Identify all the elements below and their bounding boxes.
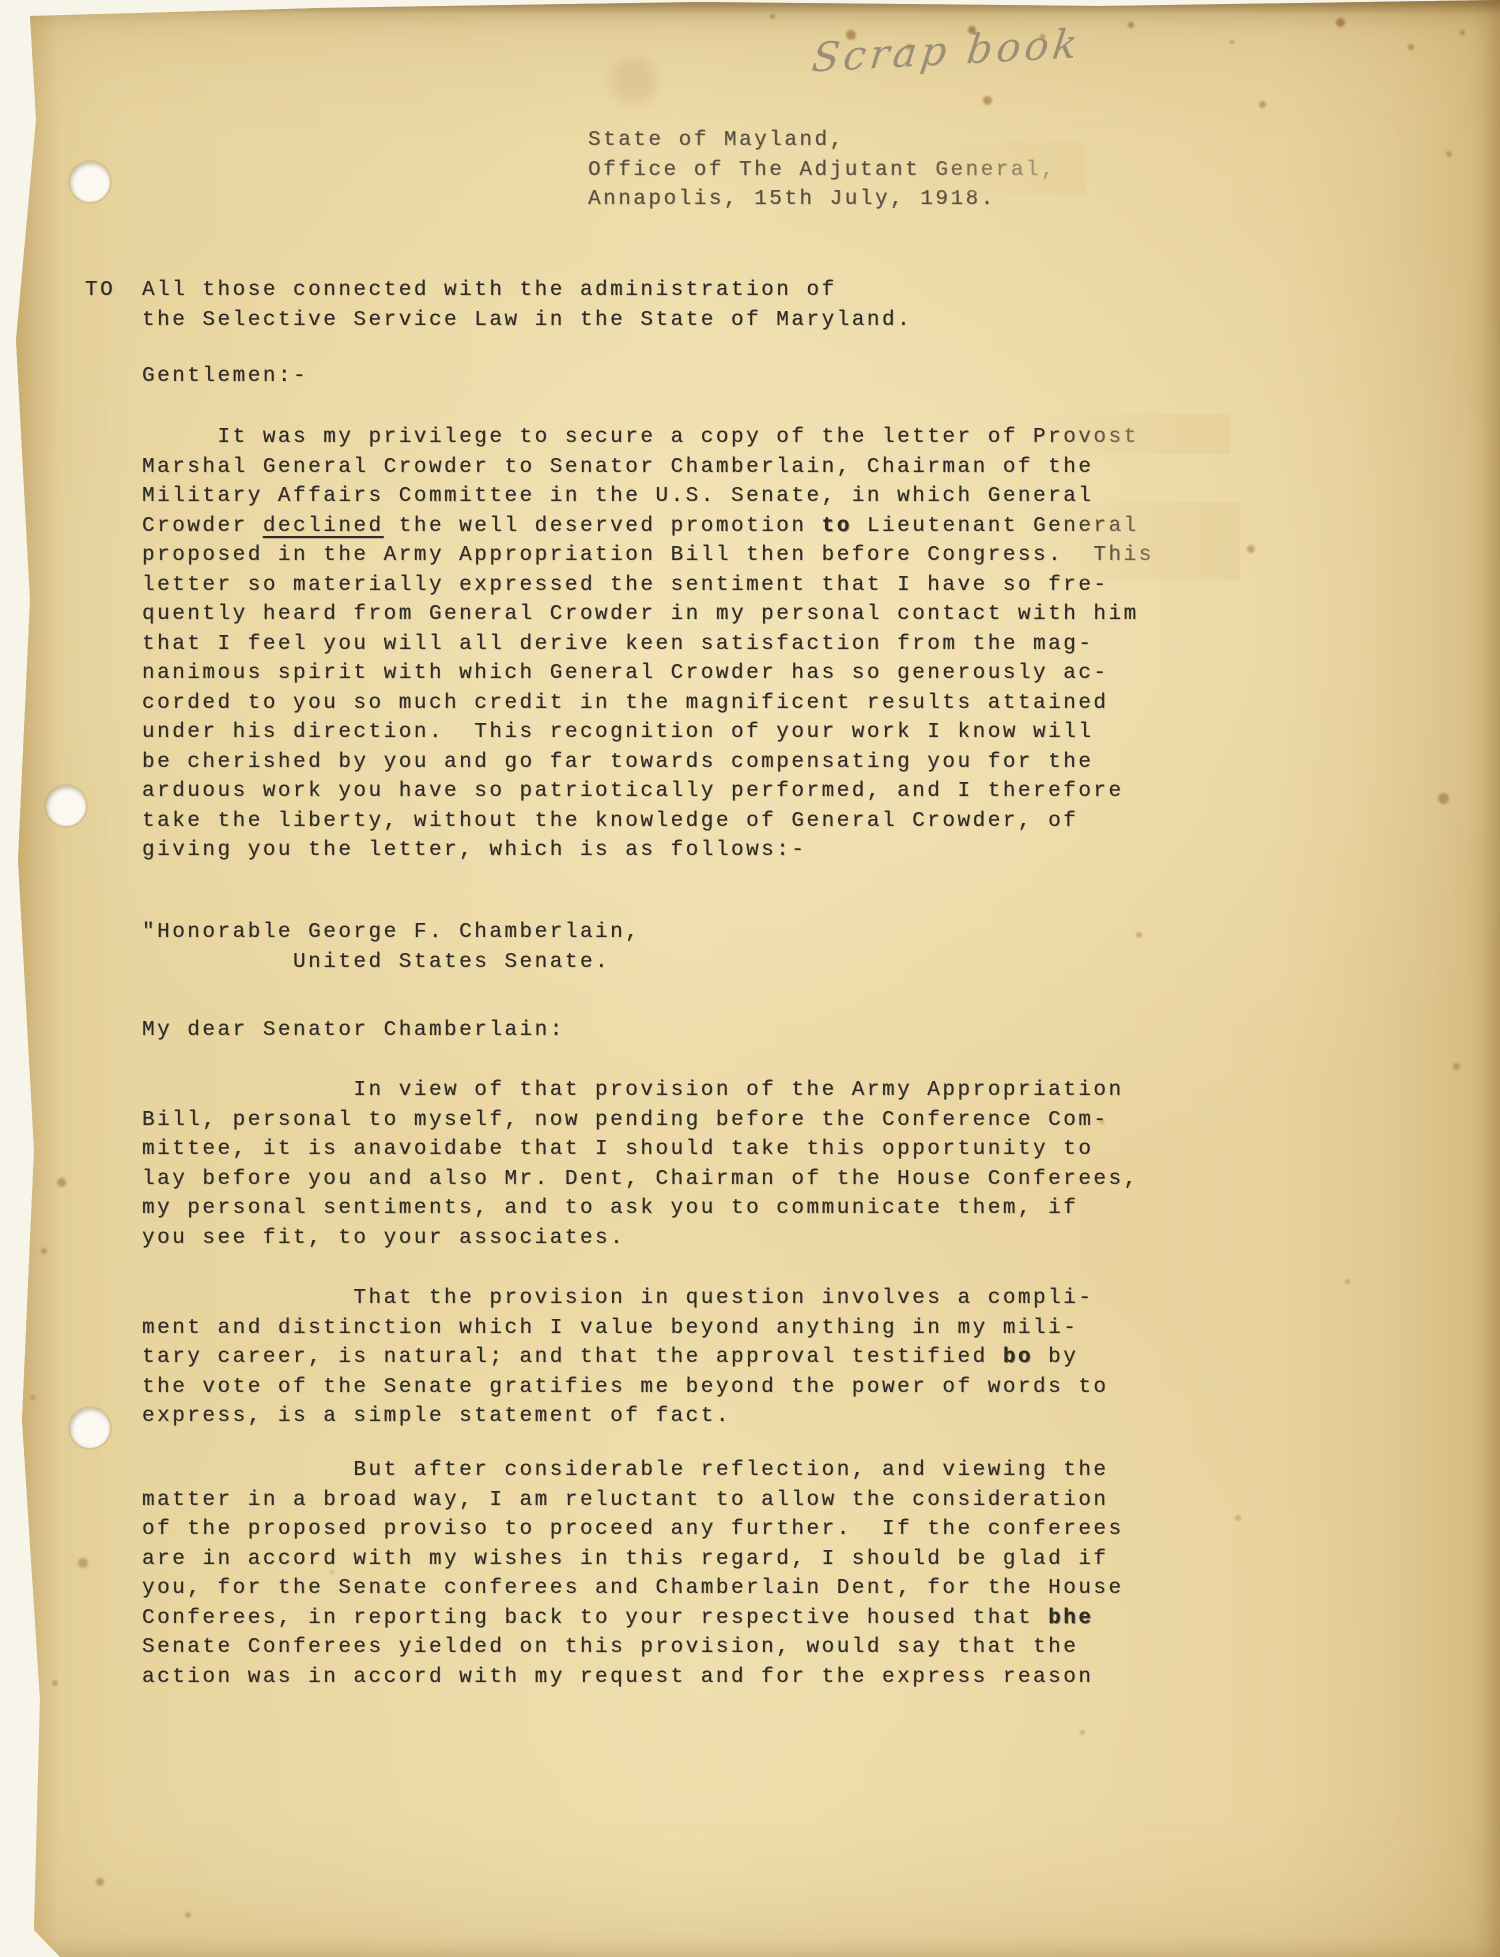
inner-letter-salutation: My dear Senator Chamberlain: — [142, 1016, 565, 1046]
stain-spot — [1336, 18, 1345, 27]
paper-sheet: Scrap book State of Mayland,Office of Th… — [0, 0, 1500, 1957]
stain-spot — [1247, 545, 1255, 553]
stain-spot — [983, 96, 992, 105]
stain-spot — [1080, 1730, 1085, 1735]
to-recipient: All those connected with the administrat… — [142, 276, 912, 335]
stain-spot — [1230, 40, 1234, 44]
stain-spot — [1408, 44, 1414, 50]
stain-spot — [52, 1680, 58, 1686]
punch-hole — [70, 1408, 110, 1448]
stain-spot — [96, 1878, 104, 1886]
letter-paragraph-4: But after considerable reflection, and v… — [142, 1456, 1124, 1692]
stain-spot — [611, 58, 657, 104]
stain-spot — [1453, 1063, 1460, 1070]
stain-spot — [57, 1178, 66, 1187]
stain-spot — [770, 14, 775, 19]
punch-hole — [46, 786, 86, 826]
punch-hole — [70, 162, 110, 202]
stain-spot — [1345, 1279, 1350, 1284]
stain-spot — [1259, 101, 1266, 108]
scanned-letter-page: Scrap book State of Mayland,Office of Th… — [0, 0, 1500, 1957]
stain-spot — [1460, 30, 1465, 35]
to-label: TO — [85, 276, 115, 306]
stain-spot — [1235, 1515, 1241, 1521]
stain-spot — [185, 1912, 191, 1918]
stain-spot — [1438, 793, 1449, 804]
stain-spot — [30, 1395, 35, 1400]
salutation: Gentlemen:- — [142, 362, 308, 392]
letter-paragraph-3: That the provision in question involves … — [142, 1284, 1109, 1432]
stain-spot — [1446, 151, 1452, 157]
letter-paragraph-2: In view of that provision of the Army Ap… — [142, 1076, 1139, 1253]
letter-paragraph-1: It was my privilege to secure a copy of … — [142, 423, 1154, 866]
handwritten-annotation: Scrap book — [809, 16, 1174, 81]
stain-spot — [1136, 932, 1142, 938]
stain-spot — [41, 1248, 47, 1254]
letterhead: State of Mayland,Office of The Adjutant … — [588, 126, 1056, 215]
inner-letter-address: "Honorable George F. Chamberlain, United… — [142, 918, 640, 977]
stain-spot — [78, 1558, 88, 1568]
